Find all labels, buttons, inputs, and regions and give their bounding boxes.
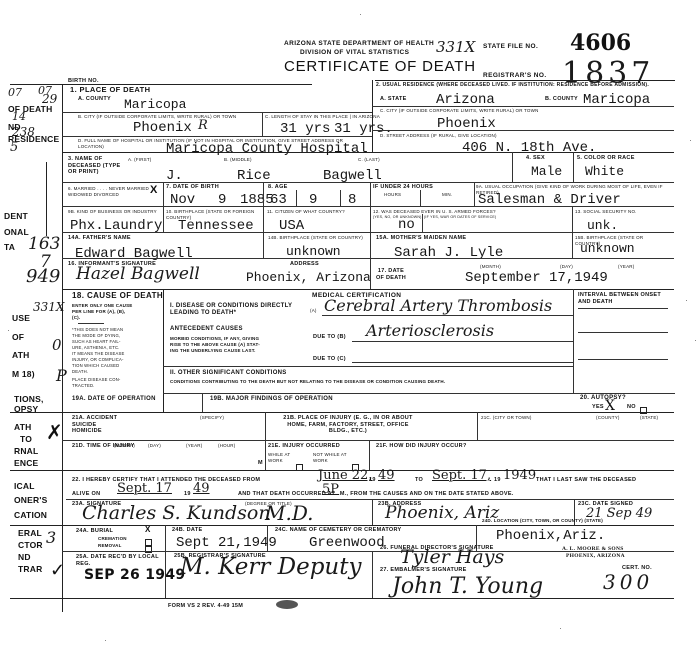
to-year-prefix: 19 <box>494 477 501 484</box>
residence-state-label: A. STATE <box>380 96 407 103</box>
cemetery-value: Greenwood <box>309 535 385 551</box>
margin-code: 331X <box>33 300 64 314</box>
injury-county-label: (COUNTY) <box>596 415 620 421</box>
margin-code: 14 <box>12 110 26 123</box>
father-name-value: Edward Bagwell <box>75 246 193 262</box>
dod-month-label: (MONTH) <box>480 264 501 270</box>
state-file-number: 4606 <box>570 30 631 56</box>
how-injury-occurred-label: 21F. HOW DID INJURY OCCUR? <box>376 443 467 450</box>
margin-label-director: CTOR <box>18 540 43 551</box>
margin-code: 3 <box>46 528 56 547</box>
ssn-label: 13. SOCIAL SECURITY NO. <box>575 209 665 215</box>
injury-state-label: (STATE) <box>640 415 658 421</box>
specify-label: (SPECIFY) <box>200 415 224 421</box>
agency-annotation: 331X <box>436 38 475 56</box>
form-number: FORM VS 2 REV. 4-49 15M <box>168 603 243 610</box>
attended-to-label: TO <box>415 477 423 484</box>
funeral-director-signature: Tyler Hays <box>400 546 504 568</box>
removal-label: REMOVAL <box>98 543 122 549</box>
cause-b-value: Arteriosclerosis <box>366 321 494 340</box>
death-city-value: Phoenix <box>133 120 192 136</box>
dod-year-label: (YEAR) <box>618 264 634 270</box>
first-name-label: A. (FIRST) <box>128 157 152 163</box>
alive-on-value: Sept. 17 <box>117 481 172 496</box>
margin-label-external: RNAL <box>14 446 38 457</box>
death-city-label: B. CITY (IF OUTSIDE CORPORATE LIMITS, WR… <box>78 114 258 120</box>
length-of-stay-label: C. LENGTH OF STAY IN THIS PLACE | IN ARI… <box>265 114 380 120</box>
margin-label-to: TO <box>20 434 32 445</box>
informant-address-label: ADDRESS <box>290 261 319 268</box>
margin-label-autopsy: OPSY <box>14 404 38 415</box>
disease-label: I. DISEASE OR CONDITIONS DIRECTLY LEADIN… <box>170 303 300 317</box>
autopsy-yes-label: YES <box>592 404 604 411</box>
registrar-number-label: REGISTRAR'S NO. <box>483 72 547 79</box>
margin-x-mark: ✗ <box>46 420 63 444</box>
margin-label-registrar: TRAR <box>18 564 42 575</box>
cemetery-label: 24C. NAME OF CEMETERY OR CREMATORY <box>275 527 402 534</box>
dod-day-label: (DAY) <box>560 264 573 270</box>
margin-label-and-2: ND <box>18 552 31 563</box>
last-name-label: C. (LAST) <box>358 157 380 163</box>
margin-code: 07 <box>8 86 22 99</box>
attended-from-year: 49 <box>378 468 395 483</box>
autopsy-label: 20. AUTOPSY? <box>580 395 626 402</box>
attended-to-year: 1949 <box>503 468 536 483</box>
race-value: White <box>585 164 624 179</box>
margin-code: 238 <box>12 125 35 139</box>
injury-year-label: (YEAR) <box>186 443 202 449</box>
under-24-hours-sublabel: HOURS <box>384 192 401 198</box>
father-birthplace-value: unknown <box>286 244 341 259</box>
operation-date-label: 19A. DATE OF OPERATION <box>72 396 156 403</box>
margin-label-violence: ENCE <box>14 458 38 469</box>
race-label: 5. COLOR OR RACE <box>577 155 635 162</box>
cause-note: *THIS DOES NOT MEAN THE MODE OF DYING, S… <box>72 327 124 389</box>
margin-brace <box>44 162 47 236</box>
accident-label: 21A. ACCIDENT SUICIDE HOMICIDE <box>72 415 122 435</box>
deceased-name-label: 3. NAME OF DECEASED (TYPE OR PRINT) <box>68 156 122 176</box>
death-occurred-at-label: AND THAT DEATH OCCURRED AT <box>238 491 335 498</box>
antecedent-desc-3: ING THE UNDERLYING CAUSE LAST. <box>170 348 256 354</box>
autopsy-yes-checkbox[interactable]: X <box>605 398 615 414</box>
alive-year-prefix: 19 <box>184 491 191 498</box>
margin-label-ta: TA <box>4 242 15 253</box>
margin-label-of: OF <box>12 332 24 343</box>
interval-label: INTERVAL BETWEEN ONSET AND DEATH <box>578 292 668 305</box>
margin-code: 5 <box>10 140 18 155</box>
operation-findings-label: 19B. MAJOR FINDINGS OF OPERATION <box>210 396 333 403</box>
cause-note-line: TRACTED. <box>72 383 124 389</box>
father-birthplace-label: 14B. BIRTHPLACE (STATE OR COUNTRY) <box>268 235 368 241</box>
margin-label-item-18: M 18) <box>12 369 35 380</box>
death-certificate: ARIZONA STATE DEPARTMENT OF HEALTH DIVIS… <box>0 0 700 648</box>
funeral-home-stamp-line-1: A. L. MOORE & SONS <box>562 546 624 553</box>
while-at-work-label: WHILE AT WORK <box>268 452 298 463</box>
antecedent-desc-1: MORBID CONDITIONS, IF ANY, GIVING <box>170 336 259 342</box>
death-occurred-suffix: .M., FROM THE CAUSES AND ON THE DATE STA… <box>338 491 514 498</box>
ssn-value: unk. <box>587 218 618 233</box>
state-file-label: STATE FILE NO. <box>483 43 538 50</box>
place-of-death-section-label: 1. PLACE OF DEATH <box>70 86 150 93</box>
injury-m-label: M <box>258 460 263 467</box>
age-label: 8. AGE <box>268 184 288 191</box>
industry-label: 9B. KIND OF BUSINESS OR INDUSTRY <box>68 209 160 215</box>
agency-line-2: DIVISION OF VITAL STATISTICS <box>300 49 409 56</box>
attended-to-value: Sept. 17, <box>432 468 491 483</box>
date-of-birth-label: 7. DATE OF BIRTH <box>166 184 219 191</box>
hospital-value: Maricopa County Hospital <box>166 141 368 157</box>
cert-number-value: 300 <box>603 570 653 594</box>
under-24-hours-label: IF UNDER 24 HOURS <box>373 184 433 191</box>
stay-in-place-value: 31 yrs <box>280 121 330 137</box>
while-at-work-checkbox[interactable] <box>296 459 303 477</box>
margin-code: 0 <box>52 336 62 354</box>
margin-code: P <box>56 366 67 385</box>
married-checkbox[interactable]: X <box>150 184 157 196</box>
cause-instructions-2: PER LINE FOR (A), (B), <box>72 309 125 315</box>
alive-on-year: 49 <box>193 481 210 496</box>
autopsy-no-label: NO <box>627 404 636 411</box>
due-to-b-label: DUE TO (B) <box>313 334 346 341</box>
margin-label-medical: ICAL <box>14 481 35 492</box>
embalmer-signature: John T. Young <box>392 574 543 599</box>
certificate-title: CERTIFICATE OF DEATH <box>284 58 476 75</box>
cause-note-line: DEATH. <box>72 369 124 375</box>
burial-date-value: Sept 21,1949 <box>176 535 277 551</box>
cause-of-death-section-label: 18. CAUSE OF DEATH <box>72 292 163 299</box>
margin-label-certification: CATION <box>14 510 47 521</box>
residence-county-label: B. COUNTY <box>545 96 578 103</box>
date-of-death-value: September 17,1949 <box>465 270 608 286</box>
armed-forces-label: 12. WAS DECEASED EVER IN U. S. ARMED FOR… <box>373 209 496 215</box>
usual-residence-section-label: 2. USUAL RESIDENCE (WHERE DECEASED LIVED… <box>376 82 676 88</box>
burial-location-value: Phoenix,Ariz. <box>496 528 605 544</box>
middle-name-label: B. (MIDDLE) <box>224 157 252 163</box>
death-county-label: A. COUNTY <box>78 96 111 103</box>
mother-name-label: 15A. MOTHER'S MAIDEN NAME <box>376 235 466 242</box>
father-name-label: 14A. FATHER'S NAME <box>68 235 131 242</box>
burial-label: 24A. BURIAL <box>76 528 113 535</box>
informant-signature: Hazel Bagwell <box>76 264 200 284</box>
due-to-c-label: DUE TO (C) <box>313 356 346 363</box>
informant-address-value: Phoenix, Arizona <box>246 270 371 285</box>
margin-label-death: ATH <box>12 350 29 361</box>
margin-code: 29 <box>42 92 57 106</box>
margin-code: 949 <box>26 266 60 287</box>
injury-hour-label: (HOUR) <box>218 443 235 449</box>
cause-a-value: Cerebral Artery Thrombosis <box>324 296 552 315</box>
from-year-prefix: 19 <box>369 477 376 484</box>
cremation-label: CREMATION <box>98 536 127 542</box>
under-24-min-sublabel: MIN. <box>442 192 452 198</box>
not-while-at-work-label: NOT WHILE AT WORK <box>313 452 353 463</box>
other-conditions-desc: CONDITIONS CONTRIBUTING TO THE DEATH BUT… <box>170 379 470 385</box>
place-of-injury-label: 21B. PLACE OF INJURY (E. G., IN OR ABOUT… <box>278 415 418 435</box>
funeral-home-stamp-line-2: PHOENIX, ARIZONA <box>566 553 625 560</box>
injury-city-label: 21C. (CITY OR TOWN) <box>481 415 532 421</box>
alive-on-label: ALIVE ON <box>72 491 100 498</box>
agency-line-1: ARIZONA STATE DEPARTMENT OF HEALTH <box>284 40 434 47</box>
residence-street-value: 406 N. 18th Ave. <box>462 140 596 156</box>
residence-city-label: C. CITY (IF OUTSIDE CORPORATE LIMITS, WR… <box>380 108 580 114</box>
registrar-signature: M. Kerr Deputy <box>180 554 361 580</box>
other-conditions-label: II. OTHER SIGNIFICANT CONDITIONS <box>170 370 287 377</box>
burial-location-label: 24D. LOCATION (CITY, TOWN, OR COUNTY) (S… <box>482 518 603 524</box>
date-of-death-label: 17. DATE OF DEATH <box>374 268 408 281</box>
citizenship-label: 11. CITIZEN OF WHAT COUNTRY? <box>267 209 359 215</box>
margin-code: 163 <box>28 234 60 254</box>
date-received-stamp: SEP 26 1949 <box>84 567 185 583</box>
sex-label: 4. SEX <box>526 155 545 162</box>
certification-text-2: THAT I LAST SAW THE DECEASED <box>536 477 636 484</box>
embalmer-label: 27. EMBALMER'S SIGNATURE <box>380 567 467 574</box>
mother-birthplace-value: unknown <box>580 241 635 256</box>
residence-street-label: D. STREET ADDRESS (IF RURAL, GIVE LOCATI… <box>380 133 630 139</box>
injury-day-label: (DAY) <box>148 443 161 449</box>
physician-signature: Charles S. Kundson <box>82 502 271 524</box>
injury-occurred-label: 21E. INJURY OCCURRED <box>268 443 340 450</box>
death-city-mark: R <box>198 118 208 133</box>
date-received-label: 25A. DATE REC'D BY LOCAL REG. <box>76 554 166 567</box>
margin-label-cause: USE <box>12 313 30 324</box>
physician-degree: M.D. <box>265 501 314 525</box>
death-occurred-at-value: 5P <box>322 482 339 497</box>
marital-status-label: 6. MARRIED . . . . NEVER MARRIED WIDOWED… <box>68 186 156 197</box>
attended-from-value: June 22, <box>318 468 372 483</box>
antecedent-label: ANTECEDENT CAUSES <box>170 326 243 333</box>
margin-label-coroners: ONER'S <box>14 495 47 506</box>
margin-label-death-2: ATH <box>14 422 31 433</box>
cause-instructions-1: ENTER ONLY ONE CAUSE <box>72 303 133 309</box>
death-county-value: Maricopa <box>124 97 186 112</box>
armed-forces-value: no <box>398 217 415 233</box>
cause-instructions-3: (C). <box>72 315 80 321</box>
cause-a-label: (A) <box>310 308 317 314</box>
injury-month-label: (MONTH) <box>114 443 135 449</box>
burial-checkbox[interactable]: X <box>145 525 150 534</box>
margin-label-dent: DENT <box>4 211 28 222</box>
armed-forces-sublabel-2: (IF YES, WAR OR DATES OF SERVICE) <box>424 215 496 221</box>
margin-label-onal: ONAL <box>4 227 29 238</box>
antecedent-desc-2: RISE TO THE ABOVE CAUSE (A) STAT- <box>170 342 260 348</box>
union-label-icon <box>276 600 298 609</box>
margin-label-funeral: ERAL <box>18 528 42 539</box>
burial-date-label: 24B. DATE <box>172 527 202 534</box>
sex-value: Male <box>531 164 562 179</box>
